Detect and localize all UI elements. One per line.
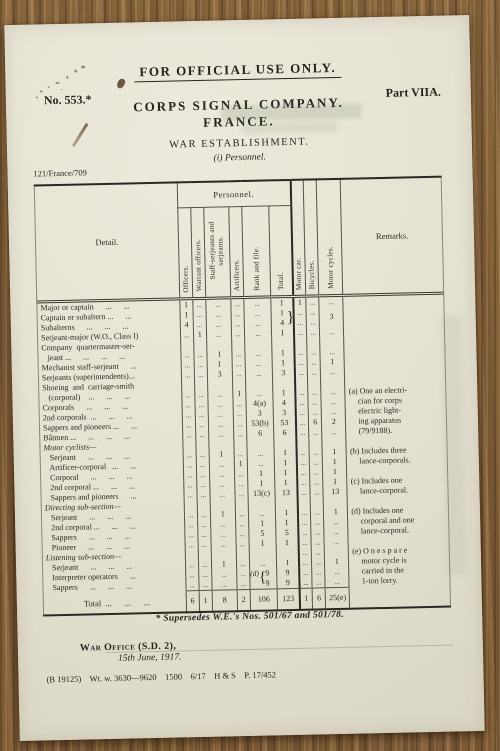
cell-staff-serjeants: ... — [211, 539, 236, 550]
cell-rank-and-file: 4(a) — [246, 398, 273, 409]
cell-staff-serjeants: 1 — [210, 509, 235, 520]
motor-car-label: Motor car. — [295, 257, 304, 290]
cell-rank-and-file: 9(d){ — [250, 568, 277, 579]
cell-rank-and-file: ... — [247, 448, 274, 459]
cell-motor-cycles: ... — [325, 567, 349, 578]
cell-staff-serjeants: ... — [208, 419, 233, 430]
cell-total: 3 — [272, 368, 294, 378]
cell-rank-and-file: ... — [249, 558, 276, 569]
classification-text: FOR OFFICIAL USE ONLY. — [134, 60, 341, 83]
cell-artificers: ... — [236, 559, 249, 569]
cell-artificers: ... — [233, 399, 246, 409]
rank-and-file-label: Rank and file. — [252, 247, 261, 291]
cell-total: 1 — [272, 358, 294, 368]
cell-bicycles: ... — [309, 447, 322, 457]
cell-total — [275, 498, 297, 508]
cell-rank-and-file: 106 — [250, 589, 278, 611]
cell-warrant-officers: ... — [199, 580, 212, 591]
cell-motor-car: ... — [296, 458, 309, 468]
cell-staff-serjeants: ... — [206, 298, 231, 310]
rank-and-file-column-header: Rank and file. — [242, 206, 271, 298]
cell-total: 4 — [273, 398, 295, 408]
cell-officers: 1 — [180, 310, 193, 320]
cell-staff-serjeants: ... — [206, 309, 231, 320]
cell-motor-car: ... — [298, 538, 311, 548]
cell-officers: ... — [185, 560, 198, 570]
cell-officers: ... — [181, 380, 194, 400]
cell-officers — [185, 550, 198, 560]
cell-total: 1 — [271, 328, 293, 338]
cell-officers: ... — [180, 330, 193, 340]
cell-artificers: ... — [235, 509, 248, 519]
cell-motor-cycles — [325, 547, 349, 558]
cell-motor-car: ... — [298, 508, 311, 518]
cell-motor-cycles — [322, 437, 346, 448]
cell-officers: ... — [184, 490, 197, 500]
cell-warrant-officers — [197, 500, 210, 510]
cell-rank-and-file: 6 — [247, 428, 274, 439]
cell-artificers: ... — [235, 489, 248, 499]
cell-bicycles: ... — [311, 547, 324, 557]
cell-bicycles — [309, 437, 322, 447]
cell-bicycles — [310, 497, 323, 507]
cell-bicycles: 6 — [309, 417, 322, 427]
cell-total: 13 — [275, 488, 297, 498]
cell-artificers — [236, 549, 249, 559]
cell-warrant-officers: ... — [194, 380, 207, 400]
cell-warrant-officers — [196, 440, 209, 450]
cell-bicycles: ... — [311, 527, 324, 537]
cell-total: 9 — [277, 578, 299, 589]
cell-rank-and-file: ... — [244, 297, 271, 309]
cell-rank-and-file: ... — [244, 318, 271, 329]
cell-motor-car: ... — [298, 518, 311, 528]
cell-rank-and-file — [247, 438, 274, 449]
cell-artificers: ... — [237, 569, 250, 579]
cell-bicycles: ... — [308, 397, 321, 407]
staff-serjeants-column-header: Staff-serjeants and serjeants. — [204, 207, 231, 299]
cell-rank-and-file — [248, 498, 275, 509]
cell-motor-cycles: ... — [322, 427, 346, 438]
cell-staff-serjeants: ... — [210, 489, 235, 500]
bleed-through-smudge — [221, 103, 361, 121]
cell-artificers: 1 — [234, 459, 247, 469]
cell-officers: ... — [184, 520, 197, 530]
cell-warrant-officers: ... — [197, 510, 210, 520]
cell-bicycles: 6 — [312, 588, 326, 610]
cell-artificers: ... — [236, 529, 249, 539]
cell-warrant-officers: ... — [196, 480, 209, 490]
cell-bicycles: ... — [311, 507, 324, 517]
cell-motor-cycles: 1 — [325, 557, 349, 568]
cell-motor-cycles: 25(e) — [325, 587, 350, 609]
cell-staff-serjeants: ... — [209, 479, 234, 490]
cell-motor-car: ... — [297, 488, 310, 498]
reference-number: 121/France/709 — [33, 167, 87, 178]
cell-artificers — [234, 439, 247, 449]
cell-motor-cycles: ... — [324, 537, 348, 548]
cell-bicycles: ... — [308, 377, 321, 397]
cell-artificers: ... — [235, 519, 248, 529]
cell-bicycles: ... — [310, 477, 323, 487]
cell-motor-cycles: ... — [324, 517, 348, 528]
warrant-officers-label: Warrant officers. — [194, 239, 204, 292]
personnel-group-header: Personnel. — [177, 180, 291, 208]
cell-total: 6 — [274, 428, 296, 438]
cell-staff-serjeants: ... — [209, 459, 234, 470]
remarks-cell: (a) One an electri- cian for corps elect… — [343, 293, 450, 609]
remark-a: (a) One an electri- cian for corps elect… — [349, 385, 446, 437]
cell-bicycles: ... — [306, 317, 319, 327]
cell-motor-car: ... — [293, 308, 306, 318]
total-row-label: Total ... ... ... — [43, 591, 186, 616]
cell-rank-and-file: ... — [245, 378, 273, 399]
cell-warrant-officers: ... — [194, 360, 207, 370]
printer-code-line: (B 19125) Wt. w. 3630—9620 1500 6/17 H &… — [46, 669, 276, 684]
cell-rank-and-file: ... — [244, 308, 271, 319]
bleed-through-smudge — [241, 122, 336, 134]
cell-motor-cycles: 1 — [323, 467, 347, 478]
cell-artificers: ... — [233, 419, 246, 429]
cell-motor-car: 1 — [299, 588, 313, 610]
cell-total: 1} — [271, 308, 293, 318]
cell-artificers: 2 — [237, 589, 251, 611]
cell-motor-car: ... — [298, 528, 311, 538]
cell-officers: ... — [182, 410, 195, 420]
cell-bicycles: ... — [306, 307, 319, 317]
cell-motor-cycles: 13 — [323, 487, 347, 498]
cell-staff-serjeants: 3 — [207, 369, 232, 380]
cell-bicycles: ... — [310, 457, 323, 467]
cell-officers: ... — [185, 540, 198, 550]
bicycles-label: Bicycles. — [308, 261, 317, 290]
cell-total: 5 — [276, 528, 298, 538]
cell-staff-serjeants: ... — [206, 319, 231, 330]
cell-bicycles: ... — [310, 467, 323, 477]
cell-artificers: ... — [234, 449, 247, 459]
table-surface-background: { "page": { "classification": "FOR OFFIC… — [0, 0, 500, 751]
cell-motor-car: ... — [296, 418, 309, 428]
cell-warrant-officers: ... — [193, 320, 206, 330]
cell-officers: ... — [181, 370, 194, 380]
cell-bicycles: ... — [306, 296, 319, 308]
cell-staff-serjeants — [211, 549, 236, 560]
cell-officers: ... — [183, 470, 196, 480]
cell-motor-cycles: 1 — [322, 447, 346, 458]
cell-total: 1 — [276, 518, 298, 528]
cell-motor-cycles: ... — [324, 527, 348, 538]
cell-officers: ... — [183, 460, 196, 470]
cell-total: 1 — [275, 468, 297, 478]
cell-motor-car: ... — [294, 328, 307, 338]
cell-motor-car: ... — [298, 548, 311, 558]
cell-motor-cycles: ... — [321, 407, 345, 418]
cell-warrant-officers: ... — [198, 540, 211, 550]
cell-total: 1 — [275, 508, 297, 518]
remarks-column-header: Remarks. — [341, 177, 444, 296]
cell-rank-and-file: 53(b) — [246, 418, 273, 429]
cell-total: 1 — [275, 478, 297, 488]
cell-officers: ... — [180, 340, 193, 360]
cell-bicycles: ... — [311, 517, 324, 527]
motor-cycles-column-header: Motor cycles. — [316, 179, 343, 296]
cell-staff-serjeants: ... — [208, 399, 233, 410]
cell-bicycles: ... — [307, 337, 320, 357]
cell-officers: 4 — [180, 320, 193, 330]
cell-artificers: ... — [233, 429, 246, 439]
remark-b: (b) Includes three lance-corporals. — [350, 445, 446, 467]
cell-officers: 6 — [186, 591, 200, 613]
cell-motor-car: ... — [295, 408, 308, 418]
cell-total — [274, 438, 296, 448]
cell-motor-car: ... — [297, 478, 310, 488]
cell-bicycles: ... — [308, 367, 321, 377]
cell-warrant-officers: ... — [198, 570, 211, 580]
cell-motor-car: ... — [299, 568, 312, 578]
brace-right-icon: } — [287, 308, 295, 327]
cell-artificers: ... — [232, 339, 245, 359]
bleed-through-smudge — [441, 315, 467, 575]
cell-staff-serjeants: ... — [211, 569, 236, 580]
cell-rank-and-file: ... — [244, 328, 271, 339]
cell-officers — [183, 440, 196, 450]
cell-officers: ... — [183, 450, 196, 460]
cell-rank-and-file: 13(c) — [248, 488, 275, 499]
cell-staff-serjeants: ... — [207, 379, 233, 400]
cell-staff-serjeants: ... — [208, 409, 233, 420]
cell-artificers: ... — [236, 539, 249, 549]
cell-rank-and-file: 1 — [248, 478, 275, 489]
cell-staff-serjeants: 1 — [206, 339, 232, 360]
cell-warrant-officers: ... — [194, 370, 207, 380]
cell-staff-serjeants: 1 — [211, 559, 236, 570]
cell-warrant-officers: ... — [195, 420, 208, 430]
cell-staff-serjeants: 1 — [209, 449, 234, 460]
cell-bicycles: ... — [312, 577, 325, 588]
cell-motor-car: ... — [299, 578, 312, 589]
cell-officers: ... — [186, 580, 199, 591]
total-label: Total. — [277, 272, 286, 290]
total-column-header: Total. — [269, 205, 293, 296]
cell-total: 9 — [277, 568, 299, 578]
cell-motor-car: ... — [295, 398, 308, 408]
cell-motor-car: ... — [295, 378, 308, 398]
cell-officers: ... — [183, 480, 196, 490]
cell-artificers: ... — [232, 359, 245, 369]
cell-motor-cycles: ... — [321, 377, 346, 398]
cell-motor-cycles: ... — [319, 295, 343, 307]
cell-rank-and-file — [249, 548, 276, 559]
cell-officers: ... — [184, 510, 197, 520]
cell-warrant-officers: ... — [196, 450, 209, 460]
cell-warrant-officers: ... — [197, 520, 210, 530]
cell-officers: ... — [182, 420, 195, 430]
remark-d: (d) Includes one corporal and one lance-… — [351, 505, 447, 537]
cell-warrant-officers: ... — [198, 560, 211, 570]
cell-warrant-officers: 1 — [193, 330, 206, 340]
cell-total: 53 — [273, 418, 295, 428]
ink-stain — [33, 63, 94, 109]
cell-warrant-officers: ... — [195, 410, 208, 420]
cell-motor-cycles: 1 — [323, 477, 347, 488]
motor-cycles-label: Motor cycles. — [326, 246, 335, 289]
cell-artificers: 1 — [232, 379, 245, 399]
cell-officers: ... — [181, 360, 194, 370]
detail-column-header: Detail. — [34, 182, 179, 302]
cell-bicycles: ... — [312, 557, 325, 567]
cell-rank-and-file: 1 — [249, 538, 276, 549]
cell-staff-serjeants — [210, 499, 235, 510]
cell-motor-car: ... — [294, 368, 307, 378]
cell-artificers: ... — [234, 469, 247, 479]
cell-rank-and-file: 1 — [248, 518, 275, 529]
brace-left-icon: (d){ — [250, 569, 266, 588]
cell-bicycles: ... — [307, 357, 320, 367]
cell-officers: ... — [182, 400, 195, 410]
cell-warrant-officers: 1 — [199, 590, 213, 612]
cell-artificers: ... — [231, 297, 244, 309]
cell-rank-and-file: 5 — [249, 528, 276, 539]
cell-motor-cycles — [323, 497, 347, 508]
cell-warrant-officers — [198, 550, 211, 560]
cell-warrant-officers: ... — [198, 530, 211, 540]
cell-artificers: ... — [235, 479, 248, 489]
cell-officers — [184, 500, 197, 510]
cell-total — [276, 548, 298, 558]
cell-staff-serjeants: ... — [209, 469, 234, 480]
cell-motor-car: ... — [296, 428, 309, 438]
cell-total: 123 — [277, 588, 300, 610]
cell-artificers: ... — [231, 309, 244, 319]
cell-artificers: ... — [231, 329, 244, 339]
cell-bicycles: ... — [308, 407, 321, 417]
remark-c: (c) Includes one lance-corporal. — [351, 475, 447, 497]
cell-total: 3 — [273, 408, 295, 418]
artificers-label: Artificers. — [232, 259, 241, 291]
cell-warrant-officers: ... — [193, 340, 206, 360]
war-office-line: War Office (S.D. 2), — [80, 641, 177, 654]
cell-bicycles: ... — [312, 567, 325, 577]
cell-warrant-officers: ... — [192, 298, 205, 310]
cell-motor-car: ... — [294, 358, 307, 368]
cell-motor-car: ... — [297, 468, 310, 478]
cell-staff-serjeants: ... — [210, 519, 235, 530]
cell-motor-cycles: 2 — [322, 417, 346, 428]
cell-warrant-officers: ... — [197, 490, 210, 500]
cell-motor-cycles: 1 — [324, 507, 348, 518]
cell-staff-serjeants — [209, 439, 234, 450]
cell-staff-serjeants: ... — [211, 529, 236, 540]
cell-motor-cycles: ... — [321, 397, 345, 408]
cell-motor-cycles: ... — [321, 367, 345, 378]
cell-motor-car: ... — [294, 338, 307, 358]
cell-artificers — [235, 499, 248, 509]
cell-rank-and-file: ... — [247, 458, 274, 469]
cell-staff-serjeants: ... — [206, 329, 231, 340]
cell-motor-car: 1 — [293, 296, 306, 308]
remark-e: (e) O n e s p a r e motor cycle is carri… — [352, 545, 448, 587]
cell-officers: ... — [182, 430, 195, 440]
cell-warrant-officers: ... — [195, 400, 208, 410]
date-line: 15th June, 1917. — [118, 652, 182, 663]
cell-motor-car: ... — [299, 558, 312, 568]
cell-total: 1 — [271, 296, 293, 308]
cell-motor-cycles: 1 — [320, 357, 344, 368]
cell-total: 1 — [272, 338, 295, 358]
cell-rank-and-file: 3 — [246, 408, 273, 419]
document-page: FOR OFFICIAL USE ONLY. No. 553.* Part VI… — [4, 15, 485, 741]
cell-bicycles: ... — [310, 487, 323, 497]
cell-officers: ... — [184, 530, 197, 540]
cell-motor-cycles: ... — [320, 337, 345, 358]
cell-bicycles: ... — [311, 537, 324, 547]
cell-staff-serjeants: ... — [212, 579, 237, 590]
cell-motor-car: ... — [293, 318, 306, 328]
cell-staff-serjeants: 8 — [212, 590, 238, 612]
cell-bicycles: ... — [307, 327, 320, 337]
cell-rank-and-file: 1 — [247, 468, 274, 479]
cell-bicycles: ... — [309, 427, 322, 437]
cell-artificers: ... — [232, 369, 245, 379]
cell-warrant-officers: ... — [193, 310, 206, 320]
cell-artificers: ... — [233, 409, 246, 419]
cell-artificers: ... — [237, 579, 250, 590]
cell-total: 1 — [276, 538, 298, 548]
cell-staff-serjeants: ... — [208, 429, 233, 440]
cell-rank-and-file: ... — [245, 358, 272, 369]
cell-motor-car: ... — [296, 448, 309, 458]
cell-motor-cycles: ... — [320, 327, 344, 338]
establishment-table: Detail. Personnel. Motor car. Bicycles. … — [34, 176, 451, 617]
officers-label: Officers. — [181, 265, 190, 293]
cell-motor-cycles: ... — [325, 577, 349, 588]
cell-warrant-officers: ... — [195, 430, 208, 440]
cell-staff-serjeants: 1 — [207, 359, 232, 370]
cell-warrant-officers: ... — [196, 460, 209, 470]
cell-officers: 1 — [179, 299, 192, 311]
cell-officers: ... — [185, 570, 198, 580]
cell-total: 1 — [274, 448, 296, 458]
cell-motor-car — [296, 438, 309, 448]
cell-total: 1 — [276, 558, 298, 568]
cell-artificers: ... — [231, 319, 244, 329]
cell-warrant-officers: ... — [196, 470, 209, 480]
cell-motor-cycles: 3 — [319, 307, 344, 328]
cell-rank-and-file: ... — [248, 508, 275, 519]
staff-serjeants-label: Staff-serjeants and serjeants. — [208, 209, 227, 291]
cell-total: 1 — [274, 458, 296, 468]
cell-total: 1 — [273, 378, 296, 398]
cell-motor-car — [297, 498, 310, 508]
cell-motor-cycles: 1 — [323, 457, 347, 468]
cell-rank-and-file: ... — [245, 338, 273, 359]
cell-rank-and-file: ... — [245, 368, 272, 379]
